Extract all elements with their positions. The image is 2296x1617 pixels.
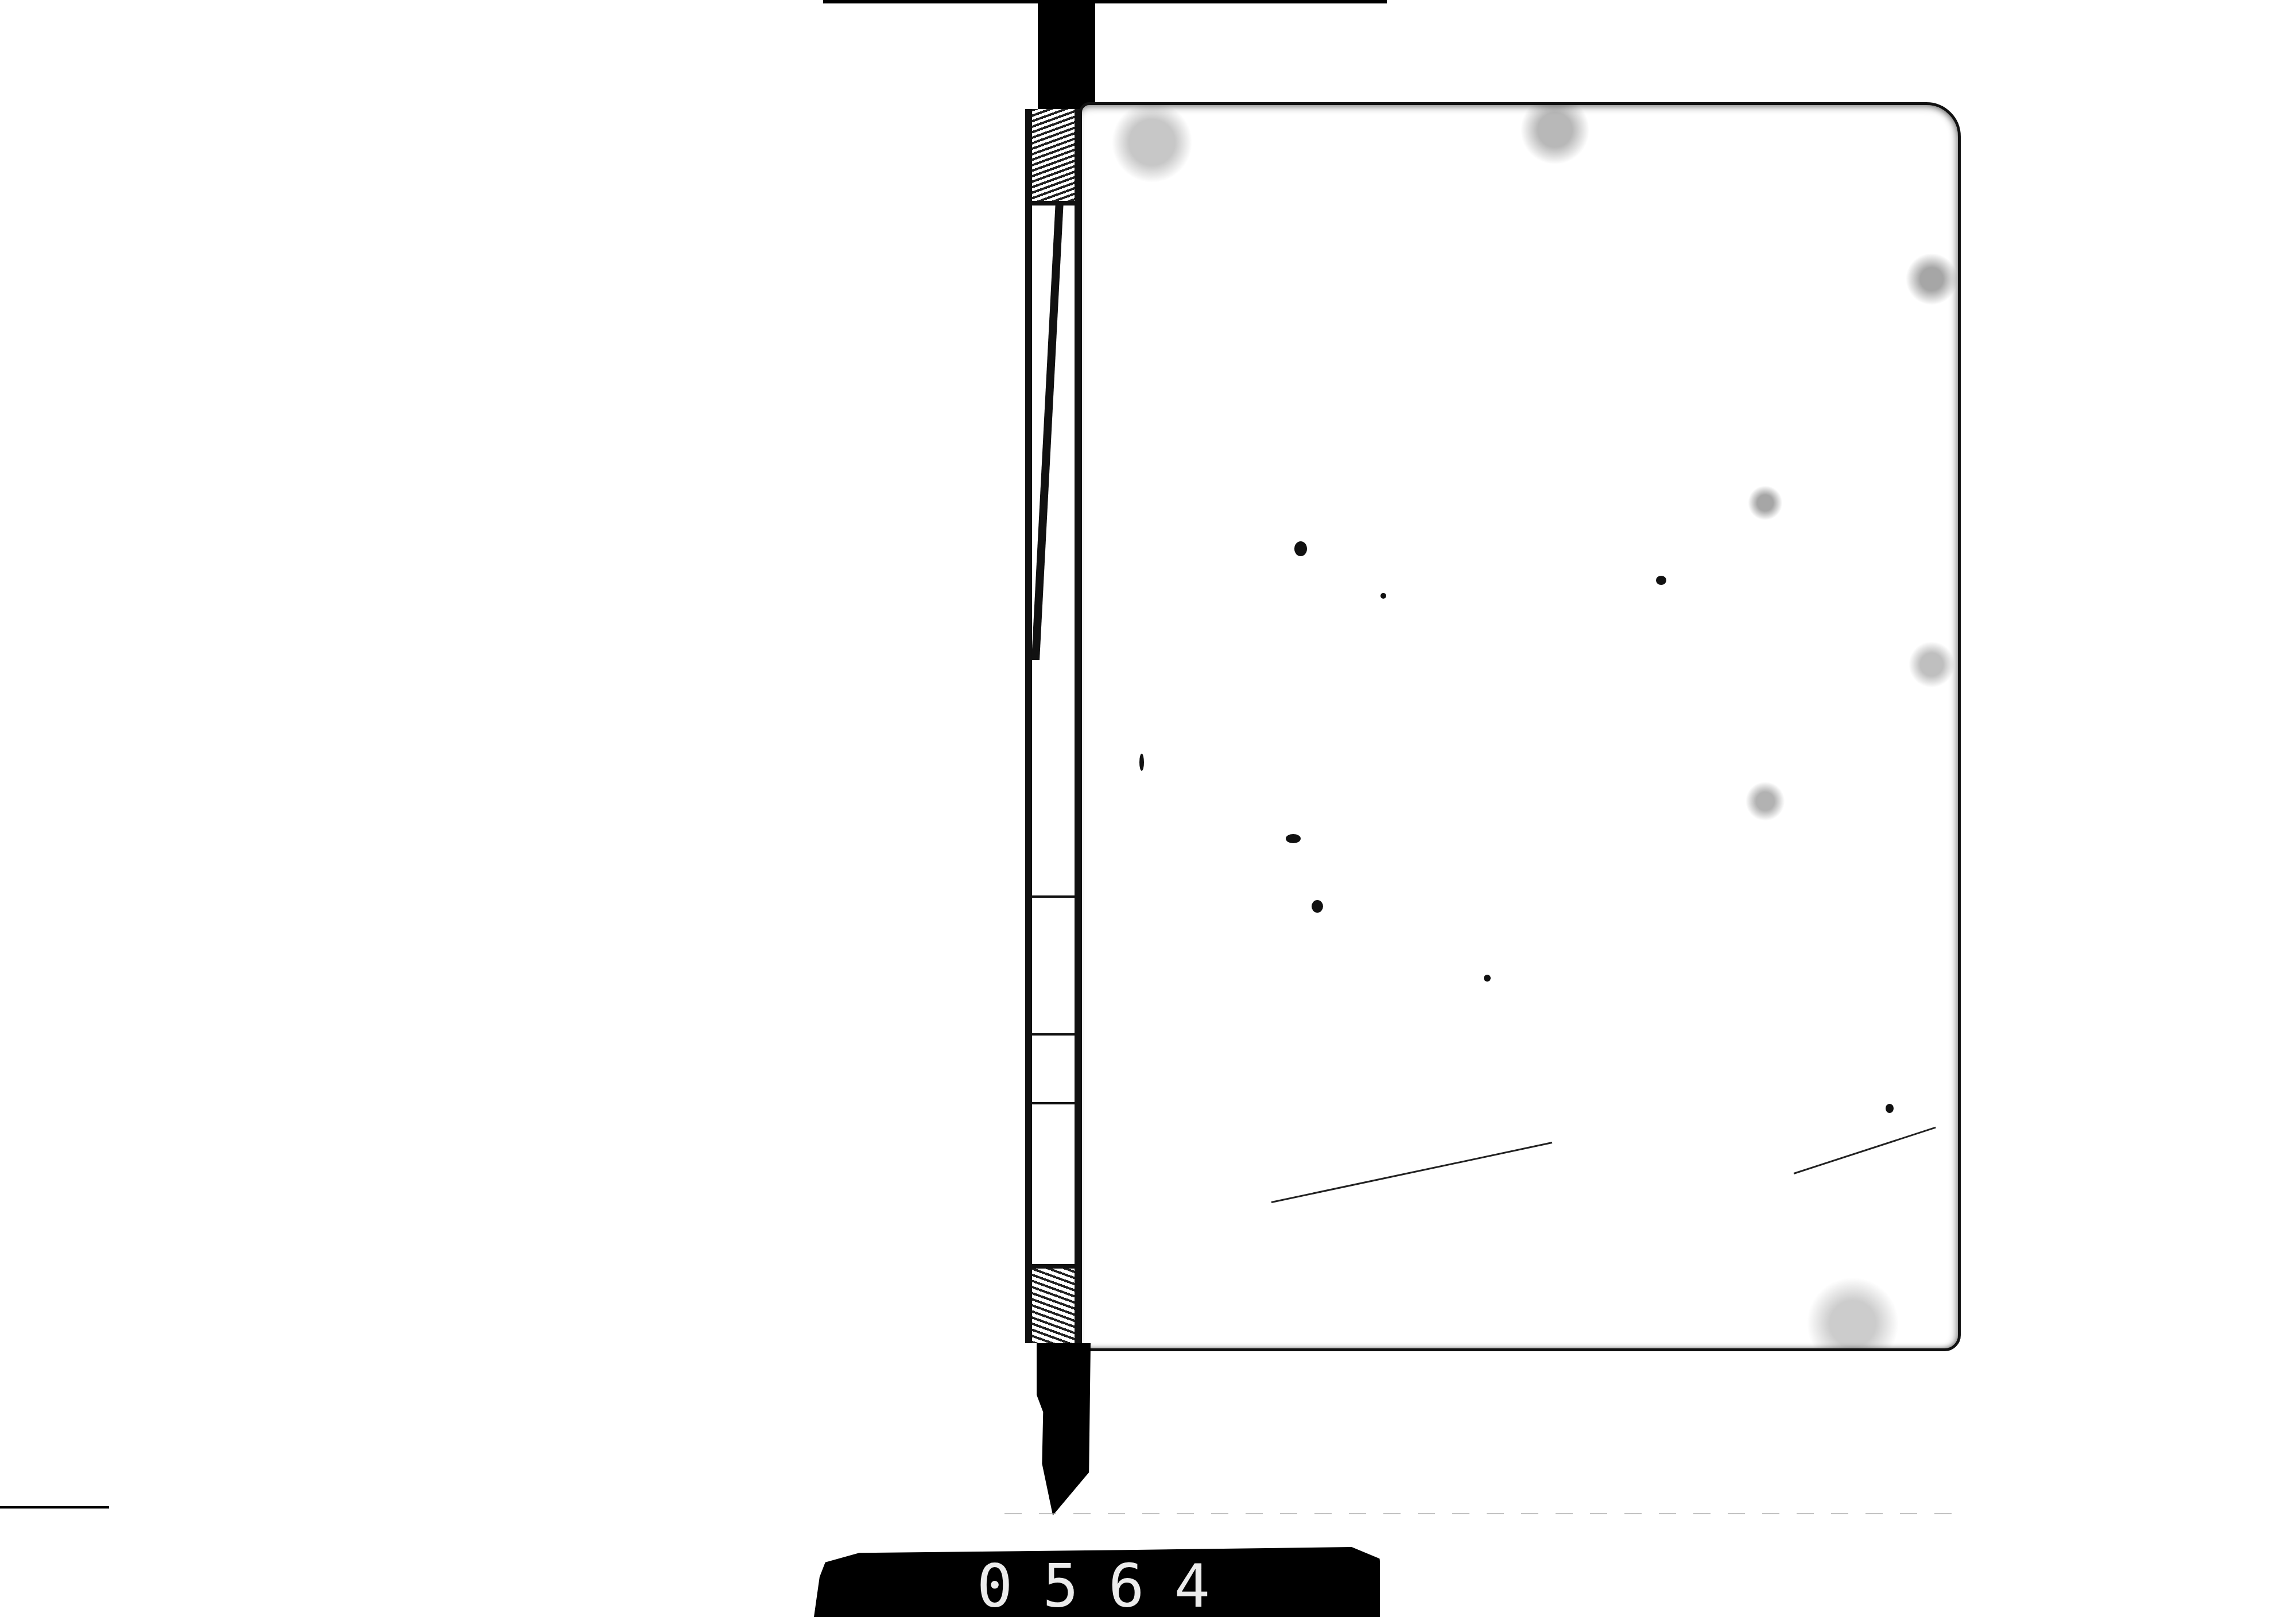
spine-seam [1032,1102,1075,1104]
cover-spot [1139,754,1144,771]
spine-bottom-cap [1032,1264,1075,1343]
spine-top-cap [1032,109,1075,205]
cover-spot [1656,576,1666,585]
cover-spot [1286,834,1301,843]
cover-spot [1294,541,1307,556]
spine-binding-strap [1031,201,1064,660]
book-spine [1025,109,1080,1343]
spine-seam [1032,1033,1075,1036]
cover-spot [1484,975,1491,982]
scanner-edge-line [0,1506,109,1509]
cover-spot [1886,1104,1894,1113]
reference-label-plate: 0564 [814,1544,1380,1617]
reference-number: 0564 [814,1551,1380,1617]
spine-seam [1032,895,1075,898]
book-clamp-bottom [1037,1343,1091,1515]
cover-spot [1380,593,1386,599]
book-cover [1079,102,1961,1351]
cover-spot [1312,900,1323,913]
scanner-top-bar [823,0,1387,3]
book-clamp-top [1038,0,1095,109]
cover-crack [1271,1142,1553,1203]
cover-crack [1794,1127,1936,1174]
scanner-bed-line [1004,1513,1969,1514]
